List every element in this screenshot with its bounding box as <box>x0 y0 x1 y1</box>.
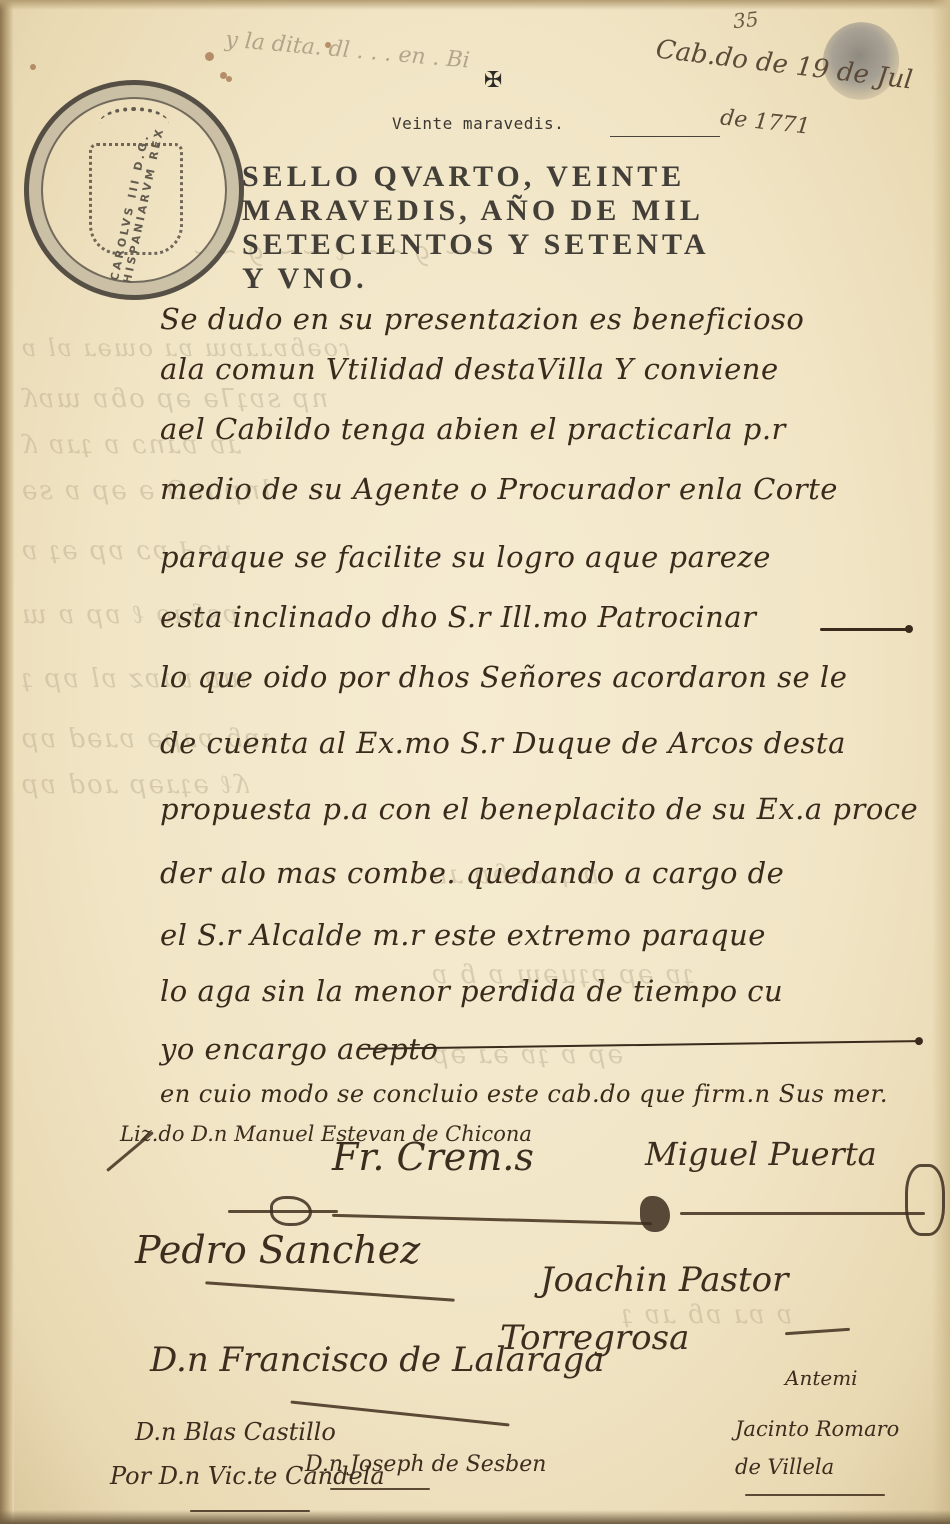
signature-flourish <box>190 1510 310 1512</box>
body-line-14: en cuio modo se concluio este cab.do que… <box>160 1080 888 1108</box>
stamp-line-2: MARAVEDIS, AÑO DE MIL <box>242 194 704 228</box>
page-bottom-edge <box>0 1510 950 1524</box>
signature-joseph-sesben: D.n Joseph de Sesben <box>305 1452 546 1477</box>
signature-fr-crem: Fr. Crem.s <box>332 1135 534 1179</box>
signature-miguel-puerta: Miguel Puerta <box>645 1135 877 1173</box>
signature-rubric <box>640 1196 670 1232</box>
signature-torregrosa: Torregrosa <box>500 1318 689 1358</box>
body-line-6: esta inclinado dho S.r Ill.mo Patrocinar <box>160 600 756 634</box>
binding-edge <box>0 0 14 1524</box>
body-line-5: paraque se facilite su logro aque pareze <box>160 540 771 574</box>
signature-flourish <box>745 1494 885 1496</box>
bleed-note: y la dita. dl . . . en . Bi <box>224 27 470 73</box>
royal-seal-stamp: CAROLVS III D.G. HISPANIARVM REX <box>24 80 244 300</box>
body-line-7: lo que oido por dhos Señores acordaron s… <box>160 660 847 694</box>
page-right-edge <box>932 0 950 1524</box>
ink-spot <box>205 52 214 61</box>
stamp-rule <box>610 136 720 137</box>
signature-rubric <box>270 1196 312 1226</box>
stamp-denomination: Veinte maravedis. <box>392 114 564 133</box>
signature-flourish <box>205 1281 455 1301</box>
ink-spot <box>30 64 36 70</box>
signature-rubric <box>905 1164 945 1236</box>
signature-flourish <box>680 1212 925 1215</box>
body-line-10: der alo mas combe. quedando a cargo de <box>160 856 784 890</box>
folio-number: 35 <box>732 7 760 34</box>
ink-spot <box>226 76 232 82</box>
body-line-12: lo aga sin la menor perdida de tiempo cu <box>160 974 783 1008</box>
body-line-2: ala comun Vtilidad destaVilla Y conviene <box>160 352 779 386</box>
body-line-3: ael Cabildo tenga abien el practicarla p… <box>160 412 786 446</box>
body-line-11: el S.r Alcalde m.r este extremo paraque <box>160 918 766 952</box>
body-line-1: Se dudo en su presentazion es beneficios… <box>160 302 804 336</box>
body-line-4: medio de su Agente o Procurador enla Cor… <box>160 472 838 506</box>
margin-note-year: de 1771 <box>719 105 811 139</box>
cross-icon: ✠ <box>484 68 502 93</box>
signature-blas-castillo: D.n Blas Castillo <box>135 1418 336 1446</box>
stamp-line-1: SELLO QVARTO, VEINTE <box>242 160 685 194</box>
manuscript-page: ~~ ꝯ ~~ ℓ ~~ ꝯ ~~ ɾoǝɓɐɹɹɐɯ ɐɹ oɯǝɹ ɐl ɐ… <box>0 0 950 1524</box>
body-line-8: de cuenta al Ex.mo S.r Duque de Arcos de… <box>160 726 846 760</box>
body-line-9: propuesta p.a con el beneplacito de su E… <box>160 792 918 826</box>
signature-jacinto-romaro: Jacinto Romaro de Villela <box>735 1410 915 1486</box>
signature-antemi: Antemi <box>785 1366 858 1390</box>
bleed-through-text: np sɐʇ⅂ǝ ǝp oɓɐ ɯɐʎ <box>20 384 328 414</box>
signature-joachin-pastor: Joachin Pastor <box>540 1260 788 1300</box>
signature-pedro-sanchez: Pedro Sanchez <box>135 1228 420 1272</box>
line-filler-rule <box>820 628 910 631</box>
signature-flourish <box>330 1488 430 1490</box>
signature-flourish <box>785 1328 850 1336</box>
stamp-line-3: SETECIENTOS Y SETENTA <box>242 228 709 262</box>
page-top-edge <box>0 0 950 10</box>
signature-flourish <box>332 1214 652 1225</box>
stamp-line-4: Y VNO. <box>242 262 368 296</box>
